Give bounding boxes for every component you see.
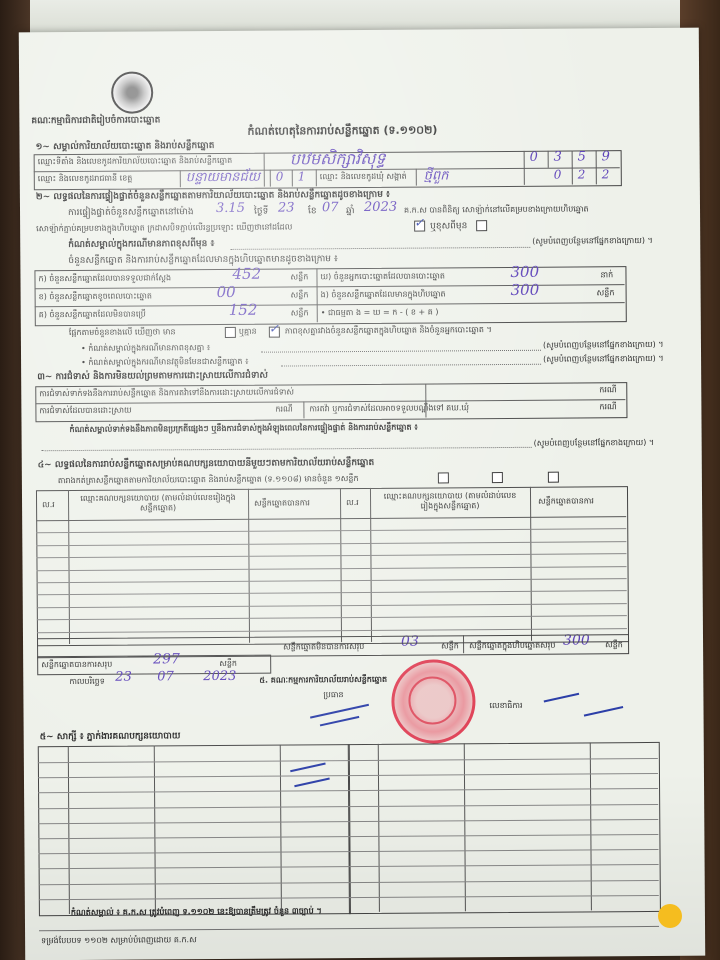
sheets-checkbox[interactable] <box>548 472 559 483</box>
station-label: ឈ្មោះទីតាំង និងលេខកូដការិយាល័យបោះឆ្នោត ន… <box>38 156 233 167</box>
section3-title: ៣~ ការជំទាស់ និងការមិនយល់ព្រមតាមការដោះស្… <box>37 371 268 383</box>
bullet-foreign-object: • កំណត់សម្គាល់ក្នុងករណីមានវត្ថុមិនមែនជាស… <box>81 357 248 368</box>
official-seal-stamp <box>391 659 476 744</box>
objections-row: ការជំទាស់ទាក់ទងនឹងការរាប់សន្លឹកឆ្នោត និង… <box>39 387 294 398</box>
col-no-header: ល.រ <box>42 500 55 510</box>
province-value: បន្ទាយមានជ័យ <box>186 169 260 189</box>
note-label: កំណត់សម្គាល់ក្នុងករណីមានភាពខុសពីមុន ៖ <box>68 239 214 251</box>
witness-grid-left <box>38 744 351 916</box>
totals-row <box>37 634 629 658</box>
col-votes-header: សន្លឹកឆ្នោតបានការ <box>254 498 310 508</box>
commune-code-digit: 2 <box>602 167 610 181</box>
secretary-signature <box>584 706 623 717</box>
nec-emblem-icon <box>111 71 153 113</box>
commune-label: ឈ្មោះ និងលេខកូដឃុំ សង្កាត់ <box>320 172 407 182</box>
sheets-checkbox[interactable] <box>492 472 503 483</box>
sheets-checkbox[interactable] <box>438 472 449 483</box>
count-unit: សន្លឹក <box>597 288 615 298</box>
diff-text: ផ្អែកតាមចំនួនខាងលើ ឃើញថា មាន <box>69 327 176 337</box>
committee-label: ៥. គណៈកម្មការការិយាល័យរាប់សន្លឹកឆ្នោត <box>259 675 387 685</box>
count-unit: សន្លឹក <box>291 308 309 318</box>
chair-signature <box>320 716 359 727</box>
col-party-header: ឈ្មោះគណបក្សនយោបាយ (តាមលំដាប់លេខរៀងក្នុងស… <box>380 491 520 511</box>
count-received-value: 452 <box>232 265 261 283</box>
verify-year: 2023 <box>364 200 397 215</box>
month-label: ខែ <box>308 206 317 217</box>
irregularities-line[interactable] <box>42 447 532 451</box>
count-unit: នាក់ <box>600 270 613 280</box>
count-unused-value: 152 <box>229 301 258 319</box>
unit: សន្លឹក <box>219 659 237 669</box>
count-spoiled-value: 00 <box>217 283 236 301</box>
verify-text-2: គ.ក.ស បានពិនិត្យ សោឡ៉ាក់នៅលើគម្របខាងក្រោ… <box>404 204 589 215</box>
commune-value: ថ្មីពួក <box>424 167 449 186</box>
date-year: 2023 <box>203 669 236 684</box>
verify-text: ការផ្ទៀងផ្ទាត់ចំនួនសន្លឹកឆ្នោតនៅម៉ោង <box>68 207 194 219</box>
count-in-box-value: 300 <box>511 281 540 299</box>
election-form-paper: គណៈកម្មាធិការជាតិរៀបចំការបោះឆ្នោត កំណត់ហ… <box>19 28 705 960</box>
witness-grid-right <box>348 742 661 914</box>
verify-month: 07 <box>322 200 339 215</box>
note-line[interactable] <box>230 247 530 250</box>
count-row-label: ង) ចំនួនសន្លឹកឆ្នោតដែលមានក្នុងហិបឆ្នោត <box>321 289 446 299</box>
province-code-digit: 1 <box>298 169 306 183</box>
objections-unit: ករណី <box>599 402 616 412</box>
form-code: ទម្រង់បែបបទ ១១០២ សម្រាប់បំពេញដោយ គ.ក.ស <box>41 935 197 946</box>
section5-title: ៥~ សាក្សី ៖ ភ្នាក់ងារគណបក្សនយោបាយ <box>40 731 181 743</box>
valid-label: សន្លឹកឆ្នោតបានការសរុប <box>41 660 112 670</box>
count-row-label: ក) ចំនួនសន្លឹកឆ្នោតដែលបានទទួលជាក់ស្តែង <box>38 273 171 284</box>
counts-intro: ចំនួនសន្លឹកឆ្នោត និងការរាប់សន្លឹកឆ្នោតដែ… <box>68 254 338 267</box>
verify-text-3: សោឡ៉ាក់ភ្ជាប់គម្របខាងក្នុងហិបឆ្នោត ក្រដា… <box>36 222 292 233</box>
commune-code-digit: 0 <box>554 168 562 182</box>
section4-title: ៤~ លទ្ធផលនៃការរាប់សន្លឹកឆ្នោតសម្រាប់គណបក… <box>38 458 374 471</box>
verify-day: 23 <box>278 200 295 215</box>
intact-checkmark-icon: ✓ <box>414 216 424 230</box>
diff-text-2: ភាពខុសគ្នារវាងចំនួនសន្លឹកឆ្នោតក្នុងហិបឆ្… <box>285 325 492 336</box>
station-code-digit: 0 <box>530 150 538 165</box>
station-code-digit: 9 <box>602 149 610 164</box>
damaged-label: ឬខុសពីមុន <box>430 221 467 232</box>
count-row-label: ឃ) ចំនួនអ្នកបោះឆ្នោតដែលបានបោះឆ្នោត <box>320 271 444 281</box>
col-votes-header: សន្លឹកឆ្នោតបានការ <box>538 496 594 506</box>
bullet-discrepancy: • កំណត់សម្គាល់ក្នុងករណីមានភាពខុសគ្នា ៖ <box>81 343 210 353</box>
verify-time: 3.15 <box>216 201 245 216</box>
station-code-digit: 5 <box>578 149 586 164</box>
formula-note: • ជាធម្មតា ង = ឃ = ក - ( ខ + គ ) <box>321 307 439 317</box>
count-unit: សន្លឹក <box>291 290 309 300</box>
commune-code-digit: 2 <box>578 167 586 181</box>
objections-unit: ករណី <box>275 404 292 414</box>
section4-subtitle: តារាងកត់ត្រាសន្លឹកឆ្នោតតាមការិយាល័យបោះឆ្… <box>58 474 359 486</box>
count-row-label: គ) ចំនួនសន្លឹកឆ្នោតដែលមិនបានប្រើ <box>39 310 146 320</box>
date-day: 23 <box>115 670 132 685</box>
bullet-hint: (សូមបំពេញបន្ថែមនៅផ្នែកខាងក្រោយ) ។ <box>543 340 664 350</box>
objections-unit: ករណី <box>599 385 616 395</box>
diff-or-label: ឬគ្មាន <box>239 327 257 337</box>
yellow-marker-dot <box>658 904 682 928</box>
date-month: 07 <box>157 669 174 684</box>
year-label: ឆ្នាំ <box>346 206 355 217</box>
discrepancy-line[interactable] <box>261 350 541 353</box>
province-code-digit: 0 <box>276 170 284 184</box>
irregularities-note: កំណត់សម្គាល់ទាក់ទងនឹងភាពមិនប្រក្រតីផ្សេង… <box>70 423 418 435</box>
chair-label: ប្រធាន <box>323 690 343 700</box>
note-hint: (សូមបំពេញបន្ថែមនៅផ្នែកខាងក្រោយ) ។ <box>532 236 653 246</box>
foreign-object-line[interactable] <box>281 364 541 367</box>
province-label: ឈ្មោះ និងលេខកូដរាជធានី ខេត្ត <box>38 174 133 184</box>
count-row-label: ខ) ចំនួនសន្លឹកឆ្នោតខូចពេលបោះឆ្នោត <box>39 291 152 301</box>
date-label: កាលបរិច្ឆេទ <box>69 677 105 687</box>
col-party-header: ឈ្មោះគណបក្សនយោបាយ (តាមលំដាប់លេខរៀងក្នុងស… <box>78 493 238 513</box>
section1-title: ១~ សម្គាល់ការិយាល័យបោះឆ្នោត និងរាប់សន្លឹ… <box>36 141 215 153</box>
col-no-header: ល.រ <box>346 498 359 508</box>
day-label: ថ្ងៃទី <box>254 207 268 218</box>
chair-signature <box>310 704 369 719</box>
station-code-digit: 3 <box>554 150 562 165</box>
objections-appeal: ការតវ៉ា ឬការជំទាស់ដែលអាចទទួលបណ្តឹងទៅ គឃ.… <box>309 403 469 414</box>
bullet-hint: (សូមបំពេញបន្ថែមនៅផ្នែកខាងក្រោយ) ។ <box>543 354 664 364</box>
form-title: កំណត់ហេតុនៃការរាប់សន្លឹកឆ្នោត (ទ.១១០២) <box>247 123 437 138</box>
objections-resolved: ការជំទាស់ដែលបានដោះស្រាយ <box>39 406 131 416</box>
count-voters-value: 300 <box>510 263 539 281</box>
damaged-checkbox[interactable] <box>476 220 487 231</box>
diff-no-checkmark-icon: ✓ <box>269 322 279 336</box>
secretary-signature <box>544 693 580 703</box>
irregularities-hint: (សូមបំពេញបន្ថែមនៅផ្នែកខាងក្រោយ) ។ <box>534 438 655 448</box>
committee-name: គណៈកម្មាធិការជាតិរៀបចំការបោះឆ្នោត <box>31 115 160 127</box>
secretary-label: លេខាធិការ <box>489 701 522 711</box>
diff-yes-checkbox[interactable] <box>225 327 236 338</box>
count-unit: សន្លឹក <box>290 272 308 282</box>
